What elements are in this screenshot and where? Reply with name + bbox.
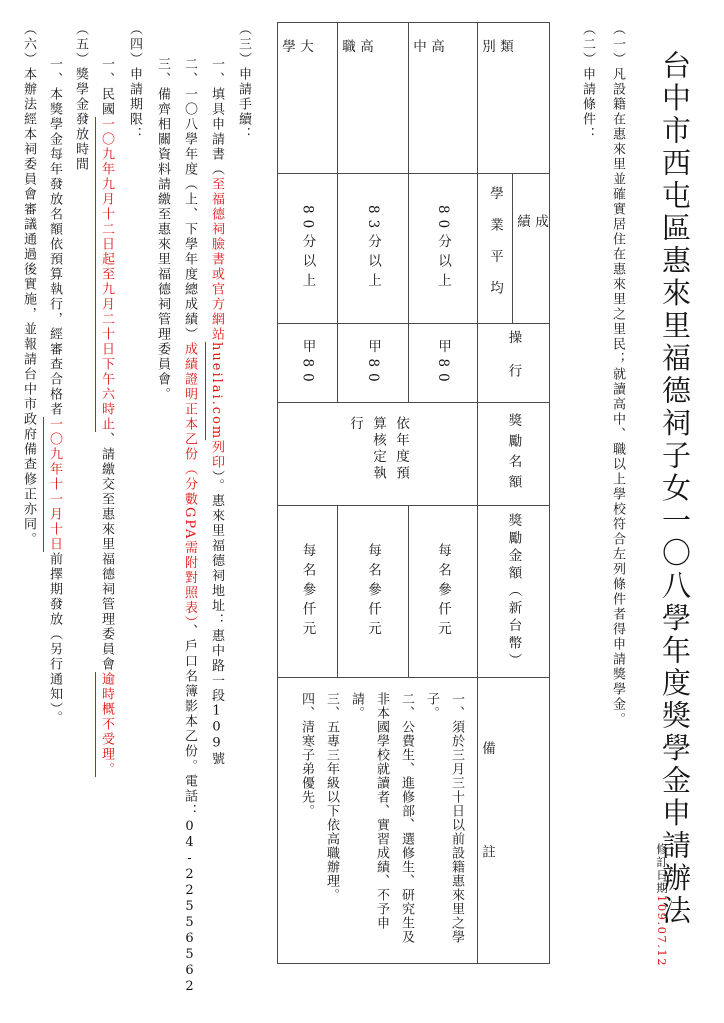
s3i1-url: hueilai.com bbox=[209, 342, 224, 440]
cell-conduct-vocational: 甲80 bbox=[338, 324, 408, 402]
section-3-header: （三）申請手續： bbox=[230, 22, 256, 142]
s3i2-black-1: 二、一〇八學年度（上、下學年度總成績） bbox=[182, 57, 197, 342]
remark-item-1: 一、須於三月三十日以前設籍惠來里之學子。 bbox=[419, 692, 469, 949]
revision-label: 修訂日期 bbox=[655, 843, 669, 895]
s4i1-deadline: 一〇九年九月十二日起至九月二十日下午六時止 bbox=[99, 117, 114, 432]
section-3-item-1: 一、填具申請書（至福德祠臉書或官方網站hueilai.com列印）。惠來里福德祠… bbox=[203, 57, 229, 767]
cell-remarks-merged: 一、須於三月三十日以前設籍惠來里之學子。 二、公費生、進修部、選修生、研究生及非… bbox=[278, 678, 477, 963]
criteria-table: 大學 高職 高中 類別 80分以上 83分以上 80分以上 學業平均 成績 甲8… bbox=[277, 22, 550, 964]
cell-category-vocational: 高職 bbox=[338, 23, 408, 173]
remark-item-3: 三、五專三年級以下依高職辦理。 bbox=[319, 692, 344, 949]
revision-date: 修訂日期109.07.12 bbox=[652, 843, 672, 967]
s3i2-phone-number: 04-22556562 bbox=[182, 819, 197, 995]
cell-category-university: 大學 bbox=[278, 23, 337, 173]
s4i1-black-2: 、請繳交至惠來里福德祠管理委員會 bbox=[99, 432, 114, 672]
document-page: 台中市西屯區惠來里福德祠子女一〇八學年度獎學金申請辦法 修訂日期109.07.1… bbox=[0, 0, 724, 1023]
header-remarks: 備註 bbox=[478, 678, 549, 963]
clause-2: （二）申請條件： bbox=[574, 22, 600, 142]
remark-item-4: 四、清寒子弟優先。 bbox=[294, 692, 319, 949]
cell-amount-university: 每名參仟元 bbox=[278, 506, 337, 677]
section-6-text: （六）本辦法經本祠委員會審議通過後實施，並報請台中市政府備查修正亦同。 bbox=[15, 22, 41, 547]
s3i1-address-number: 109 bbox=[209, 704, 224, 752]
header-grade: 成績 bbox=[513, 174, 549, 323]
s3i1-black-1: 一、填具申請書（ bbox=[209, 57, 224, 177]
cell-grade-university: 80分以上 bbox=[278, 174, 337, 323]
remark-item-2: 二、公費生、進修部、選修生、研究生及非本國學校就讀者、實習成績、不予申請。 bbox=[344, 692, 419, 949]
header-amount: 獎勵金額（新台幣） bbox=[478, 506, 549, 677]
s4i1-black-1: 一、民國 bbox=[99, 57, 114, 117]
cell-grade-vocational: 83分以上 bbox=[338, 174, 408, 323]
section-3-item-3: 三、備齊相關資料請繳至惠來里福德祠管理委員會。 bbox=[149, 57, 175, 402]
header-grade-sub: 學業平均 bbox=[478, 174, 512, 323]
s3i1-black-3: 號 bbox=[209, 752, 224, 767]
s5i1-black-2: 前擇期發放（另行通知）。 bbox=[47, 552, 62, 726]
document-title: 台中市西屯區惠來里福德祠子女一〇八學年度獎學金申請辦法 bbox=[652, 50, 698, 928]
revision-date-value: 109.07.12 bbox=[655, 895, 669, 967]
cell-amount-highschool: 每名參仟元 bbox=[409, 506, 477, 677]
section-5-item-1: 一、本獎學金每年發放名額依預算執行，經審查合格者一〇九年十一月十日前擇期發放（另… bbox=[41, 57, 67, 726]
section-5-header: （五）獎學金發放時間 bbox=[67, 22, 93, 172]
s5i1-payout-date: 一〇九年十一月十日 bbox=[47, 417, 62, 552]
s4i1-late-warning: 逾時概不受理。 bbox=[99, 672, 114, 777]
section-3-item-2: 二、一〇八學年度（上、下學年度總成績）成績證明正本乙份（分數GPA需附對照表）、… bbox=[176, 57, 202, 995]
s3i2-black-2: 、戶口名簿影本乙份。電話： bbox=[182, 624, 197, 819]
cell-conduct-university: 甲80 bbox=[278, 324, 337, 402]
cell-category-highschool: 高中 bbox=[409, 23, 477, 173]
cell-amount-vocational: 每名參仟元 bbox=[338, 506, 408, 677]
s3i1-red-2: 列印 bbox=[209, 440, 224, 470]
cell-conduct-highschool: 甲80 bbox=[409, 324, 477, 402]
cell-grade-highschool: 80分以上 bbox=[409, 174, 477, 323]
header-category: 類別 bbox=[478, 23, 549, 173]
clause-1: （一）凡設籍在惠來里並確實居住在惠來里之里民；就讀高中、職以上學校符合左列條件者… bbox=[604, 22, 630, 727]
section-4-header: （四）申請期限： bbox=[121, 22, 147, 142]
s3i2-red: 成績證明正本乙份（分數GPA需附對照表） bbox=[182, 342, 197, 624]
header-conduct: 操行 bbox=[478, 324, 549, 402]
s3i1-red: 至福德祠臉書或官方網站 bbox=[209, 177, 224, 342]
s3i1-black-2: ）。惠來里福德祠地址：惠中路一段 bbox=[209, 470, 224, 704]
section-4-item-1: 一、民國一〇九年九月十二日起至九月二十日下午六時止、請繳交至惠來里福德祠管理委員… bbox=[93, 57, 119, 777]
s5i1-black-1: 一、本獎學金每年發放名額依預算執行，經審查合格者 bbox=[47, 57, 62, 417]
header-quota: 獎勵名額 bbox=[478, 403, 549, 505]
cell-quota-merged: 依年度預算核定執行 bbox=[278, 403, 477, 505]
